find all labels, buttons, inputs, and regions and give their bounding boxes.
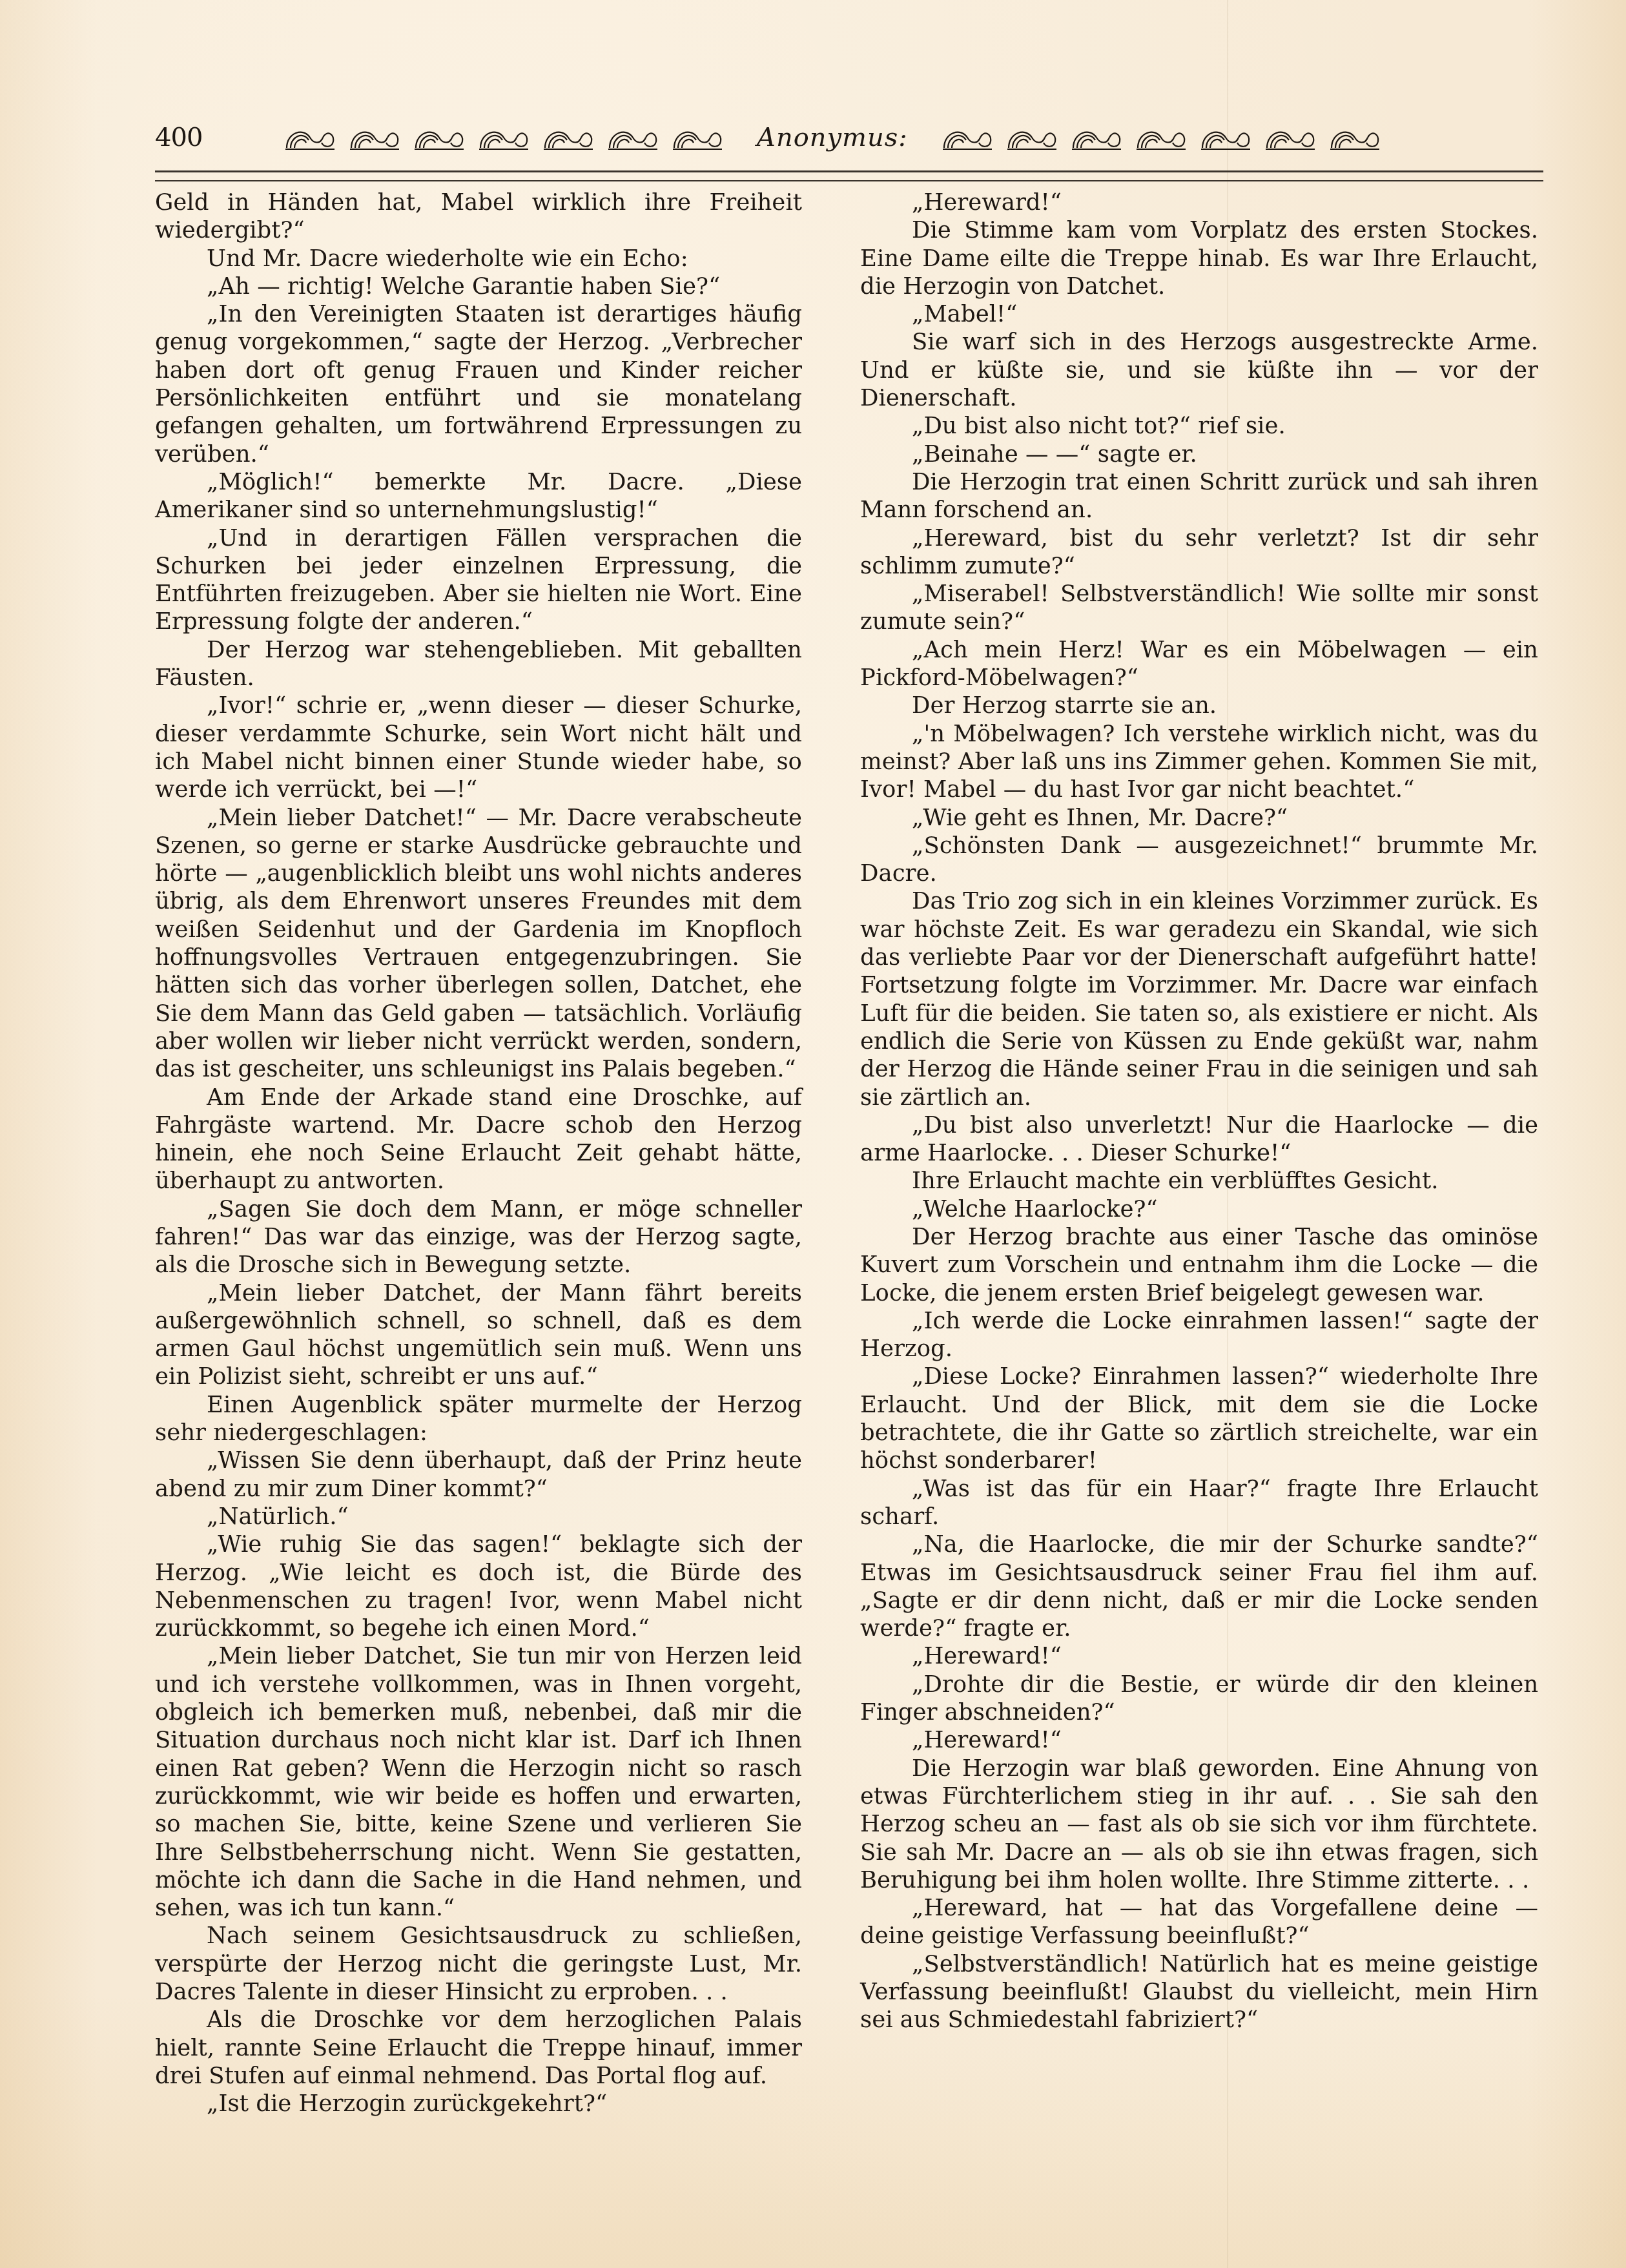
paragraph: Am Ende der Arkade stand eine Droschke, … bbox=[155, 1084, 802, 1195]
paragraph: „Schönsten Dank — ausgezeichnet!“ brummt… bbox=[860, 832, 1538, 888]
paragraph: „Diese Locke? Einrahmen lassen?“ wiederh… bbox=[860, 1363, 1538, 1474]
wave-ornament-icon bbox=[607, 123, 659, 152]
paragraph: „Mein lieber Datchet!“ — Mr. Dacre verab… bbox=[155, 804, 802, 1084]
paragraph: „Du bist also unverletzt! Nur die Haarlo… bbox=[860, 1111, 1538, 1168]
wave-ornament-icon bbox=[1329, 123, 1381, 152]
paragraph: Die Herzogin war blaß geworden. Eine Ahn… bbox=[860, 1755, 1538, 1894]
paragraph: „Na, die Haarlocke, die mir der Schurke … bbox=[860, 1531, 1538, 1642]
paragraph: „Mein lieber Datchet, Sie tun mir von He… bbox=[155, 1642, 802, 1922]
paragraph: „Du bist also nicht tot?“ rief sie. bbox=[860, 412, 1538, 440]
wave-ornament-icon bbox=[478, 123, 530, 152]
ornament-row-right bbox=[942, 123, 1381, 152]
paragraph: Das Trio zog sich in ein kleines Vorzimm… bbox=[860, 887, 1538, 1111]
paragraph: „In den Vereinigten Staaten ist derartig… bbox=[155, 300, 802, 468]
wave-ornament-icon bbox=[672, 123, 723, 152]
wave-ornament-icon bbox=[1071, 123, 1122, 152]
paragraph: „Hereward!“ bbox=[860, 189, 1538, 216]
paragraph: „Ach mein Herz! War es ein Möbelwagen — … bbox=[860, 636, 1538, 692]
paragraph: Nach seinem Gesichtsausdruck zu schließe… bbox=[155, 1922, 802, 2006]
paragraph: „Wie ruhig Sie das sagen!“ beklagte sich… bbox=[155, 1531, 802, 1642]
ornament-row-left bbox=[284, 123, 723, 152]
paragraph: „Welche Haarlocke?“ bbox=[860, 1195, 1538, 1223]
text-column-right: „Hereward!“Die Stimme kam vom Vorplatz d… bbox=[860, 189, 1538, 2034]
paragraph: „Möglich!“ bemerkte Mr. Dacre. „Diese Am… bbox=[155, 468, 802, 524]
paragraph: „Drohte dir die Bestie, er würde dir den… bbox=[860, 1671, 1538, 1727]
running-header: 400 Anonymus: bbox=[155, 115, 1537, 160]
wave-ornament-icon bbox=[413, 123, 465, 152]
paragraph: Der Herzog war stehengeblieben. Mit geba… bbox=[155, 636, 802, 692]
paragraph: „Natürlich.“ bbox=[155, 1503, 802, 1531]
paragraph: Geld in Händen hat, Mabel wirklich ihre … bbox=[155, 189, 802, 245]
wave-ornament-icon bbox=[349, 123, 400, 152]
paragraph: Ihre Erlaucht machte ein verblüfftes Ges… bbox=[860, 1167, 1538, 1195]
paragraph: „Beinahe — —“ sagte er. bbox=[860, 440, 1538, 468]
paragraph: „Ich werde die Locke einrahmen lassen!“ … bbox=[860, 1307, 1538, 1363]
wave-ornament-icon bbox=[1135, 123, 1187, 152]
paragraph: „Wissen Sie denn überhaupt, daß der Prin… bbox=[155, 1447, 802, 1503]
wave-ornament-icon bbox=[542, 123, 594, 152]
paragraph: „Ist die Herzogin zurückgekehrt?“ bbox=[155, 2090, 802, 2118]
paragraph: „Mein lieber Datchet, der Mann fährt ber… bbox=[155, 1279, 802, 1391]
paragraph: „Sagen Sie doch dem Mann, er möge schnel… bbox=[155, 1195, 802, 1279]
wave-ornament-icon bbox=[284, 123, 336, 152]
paragraph: Der Herzog starrte sie an. bbox=[860, 692, 1538, 719]
paragraph: Der Herzog brachte aus einer Tasche das … bbox=[860, 1223, 1538, 1307]
running-title: Anonymus: bbox=[757, 123, 908, 152]
paragraph: Sie warf sich in des Herzogs ausgestreck… bbox=[860, 328, 1538, 412]
wave-ornament-icon bbox=[1200, 123, 1251, 152]
paragraph: „Selbstverständlich! Natürlich hat es me… bbox=[860, 1950, 1538, 2034]
paragraph: „'n Möbelwagen? Ich verstehe wirklich ni… bbox=[860, 720, 1538, 804]
paragraph: „Mabel!“ bbox=[860, 300, 1538, 328]
paragraph: „Wie geht es Ihnen, Mr. Dacre?“ bbox=[860, 804, 1538, 832]
paragraph: Als die Droschke vor dem herzoglichen Pa… bbox=[155, 2006, 802, 2090]
paragraph: „Und in derartigen Fällen versprachen di… bbox=[155, 524, 802, 636]
paragraph: „Ah — richtig! Welche Garantie haben Sie… bbox=[155, 273, 802, 300]
paragraph: „Hereward!“ bbox=[860, 1642, 1538, 1670]
paragraph: Einen Augenblick später murmelte der Her… bbox=[155, 1391, 802, 1447]
paragraph: „Ivor!“ schrie er, „wenn dieser — dieser… bbox=[155, 692, 802, 803]
wave-ornament-icon bbox=[1006, 123, 1058, 152]
paragraph: „Was ist das für ein Haar?“ fragte Ihre … bbox=[860, 1475, 1538, 1531]
header-rule-top bbox=[155, 170, 1543, 172]
paragraph: „Hereward, hat — hat das Vorgefallene de… bbox=[860, 1894, 1538, 1950]
paragraph: „Hereward!“ bbox=[860, 1726, 1538, 1754]
paragraph: „Hereward, bist du sehr verletzt? Ist di… bbox=[860, 524, 1538, 581]
wave-ornament-icon bbox=[1264, 123, 1316, 152]
paragraph: Und Mr. Dacre wiederholte wie ein Echo: bbox=[155, 245, 802, 273]
paragraph: Die Stimme kam vom Vorplatz des ersten S… bbox=[860, 216, 1538, 300]
header-rule-bottom bbox=[155, 180, 1543, 181]
page-number: 400 bbox=[155, 123, 232, 152]
paragraph: „Miserabel! Selbstverständlich! Wie soll… bbox=[860, 580, 1538, 636]
wave-ornament-icon bbox=[942, 123, 993, 152]
paragraph: Die Herzogin trat einen Schritt zurück u… bbox=[860, 468, 1538, 524]
text-column-left: Geld in Händen hat, Mabel wirklich ihre … bbox=[155, 189, 802, 2118]
